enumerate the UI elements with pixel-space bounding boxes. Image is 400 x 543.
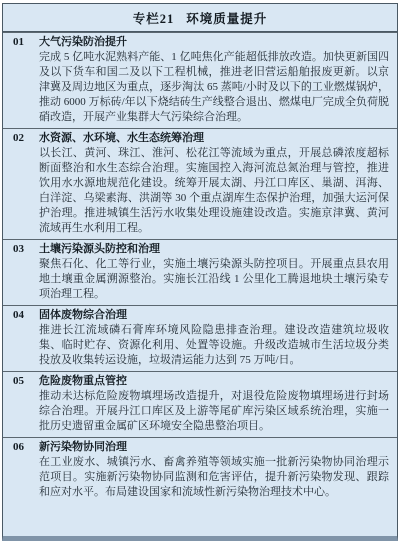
item-body-text: 以长江、黄河、珠江、淮河、松花江等流域为重点，开展总磷浓度超标断面整治和水生态综… xyxy=(39,146,389,236)
column-item-06: 06 新污染物协同治理 在工业废水、城镇污水、畜禽养殖等领域实施一批新污染物协同… xyxy=(3,437,397,503)
column-item-04: 04 固体废物综合治理 推进长江流域磷石膏库环境风险隐患排查治理。建设改造建筑垃… xyxy=(3,305,397,371)
column-panel: 专栏21环境质量提升 01 大气污染防治提升 完成 5 亿吨水泥熟料产能、1 亿… xyxy=(2,3,398,541)
document-page: 专栏21环境质量提升 01 大气污染防治提升 完成 5 亿吨水泥熟料产能、1 亿… xyxy=(0,0,400,543)
item-body-text: 完成 5 亿吨水泥熟料产能、1 亿吨焦化产能超低排放改造。加快更新国四及以下货车… xyxy=(39,50,389,125)
item-number: 05 xyxy=(13,374,39,389)
panel-title-label: 专栏21 xyxy=(133,12,175,26)
item-heading-row: 02 水资源、水环境、水生态统筹治理 xyxy=(13,131,389,146)
item-number: 04 xyxy=(13,308,39,323)
item-title: 水资源、水环境、水生态统筹治理 xyxy=(39,131,204,146)
item-heading-row: 01 大气污染防治提升 xyxy=(13,35,389,50)
item-heading-row: 06 新污染物协同治理 xyxy=(13,440,389,455)
column-item-03: 03 土壤污染源头防控和治理 聚焦石化、化工等行业，实施土壤污染源头防控项目。开… xyxy=(3,239,397,305)
item-body-text: 在工业废水、城镇污水、畜禽养殖等领域实施一批新污染物协同治理示范项目。实施新污染… xyxy=(39,455,389,500)
column-item-01: 01 大气污染防治提升 完成 5 亿吨水泥熟料产能、1 亿吨焦化产能超低排放改造… xyxy=(3,32,397,128)
item-body-text: 推进长江流域磷石膏库环境风险隐患排查治理。建设改造建筑垃圾收集、临时贮存、资源化… xyxy=(39,323,389,368)
column-item-05: 05 危险废物重点管控 推动未达标危险废物填埋场改造提升，对退役危险废物填埋场进… xyxy=(3,371,397,437)
item-body-text: 推动未达标危险废物填埋场改造提升，对退役危险废物填埋场进行封场综合治理。开展丹江… xyxy=(39,389,389,434)
item-title: 土壤污染源头防控和治理 xyxy=(39,242,160,257)
item-body-text: 聚焦石化、化工等行业，实施土壤污染源头防控项目。开展重点县农用地土壤重金属溯源整… xyxy=(39,257,389,302)
item-number: 01 xyxy=(13,35,39,50)
item-title: 危险废物重点管控 xyxy=(39,374,127,389)
item-title: 固体废物综合治理 xyxy=(39,308,127,323)
item-number: 02 xyxy=(13,131,39,146)
panel-title-text: 环境质量提升 xyxy=(186,12,267,26)
item-title: 大气污染防治提升 xyxy=(39,35,127,50)
item-heading-row: 05 危险废物重点管控 xyxy=(13,374,389,389)
item-number: 06 xyxy=(13,440,39,455)
column-item-02: 02 水资源、水环境、水生态统筹治理 以长江、黄河、珠江、淮河、松花江等流域为重… xyxy=(3,128,397,239)
item-heading-row: 03 土壤污染源头防控和治理 xyxy=(13,242,389,257)
panel-title: 专栏21环境质量提升 xyxy=(3,4,397,32)
item-number: 03 xyxy=(13,242,39,257)
item-heading-row: 04 固体废物综合治理 xyxy=(13,308,389,323)
item-title: 新污染物协同治理 xyxy=(39,440,127,455)
